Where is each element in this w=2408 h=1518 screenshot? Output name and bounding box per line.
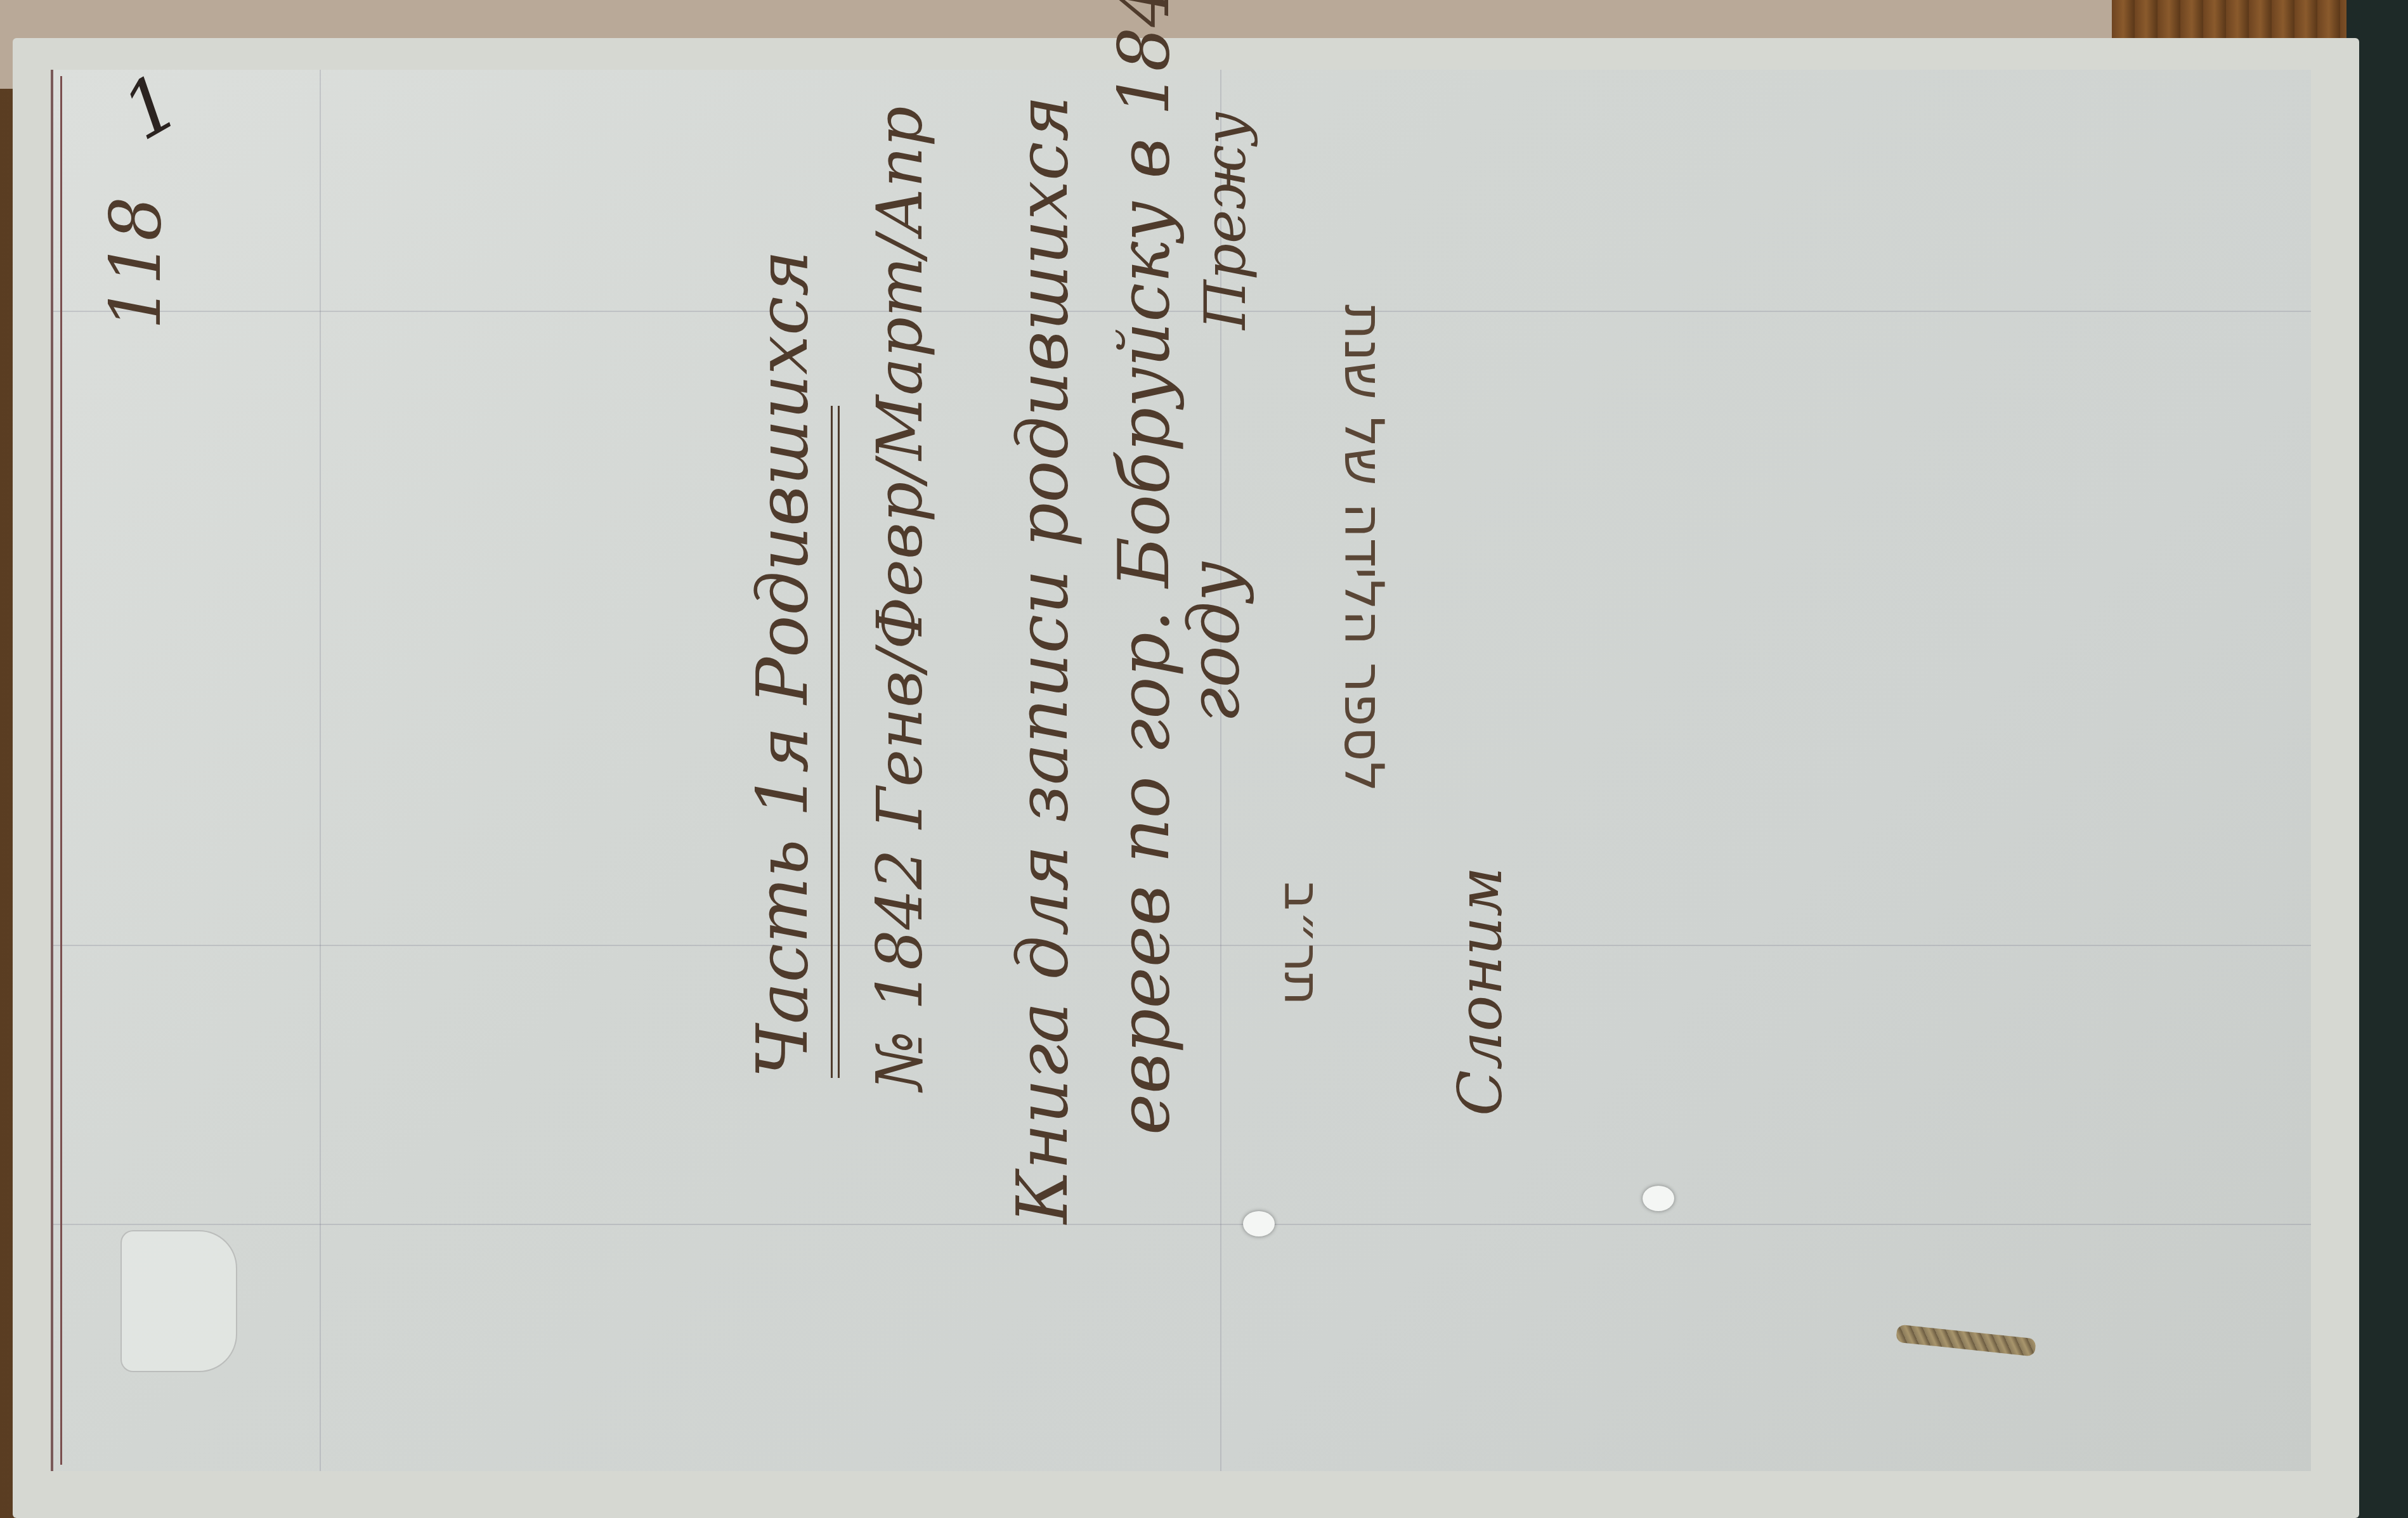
margin-rule (60, 76, 62, 1465)
hebrew-line: לספר הלידה של שנת (1332, 304, 1395, 792)
ruling-line (53, 1224, 2311, 1225)
embossed-stamp (120, 1230, 237, 1372)
title-line-book: Книга для записи родившихся (1002, 95, 1083, 1224)
title-line-number: № 1842 Генв/Февр/Март/Апр (862, 106, 937, 1091)
title-line-part: Часть 1я Родившихся (742, 250, 823, 1079)
hebrew-year: תר״ב (1273, 881, 1332, 1006)
binding-hole (1243, 1211, 1275, 1236)
signature: Слоним (1446, 867, 1516, 1116)
side-word: Прежу (1192, 112, 1259, 330)
title-line-year: году (1173, 561, 1254, 723)
title-underline (831, 406, 840, 1078)
folio-number: 118 (95, 197, 176, 330)
binding-hole (1643, 1186, 1674, 1211)
ruling-line (320, 70, 321, 1471)
title-line-place: евреев по гор. Бобруйску в 1842 (1103, 0, 1185, 1135)
